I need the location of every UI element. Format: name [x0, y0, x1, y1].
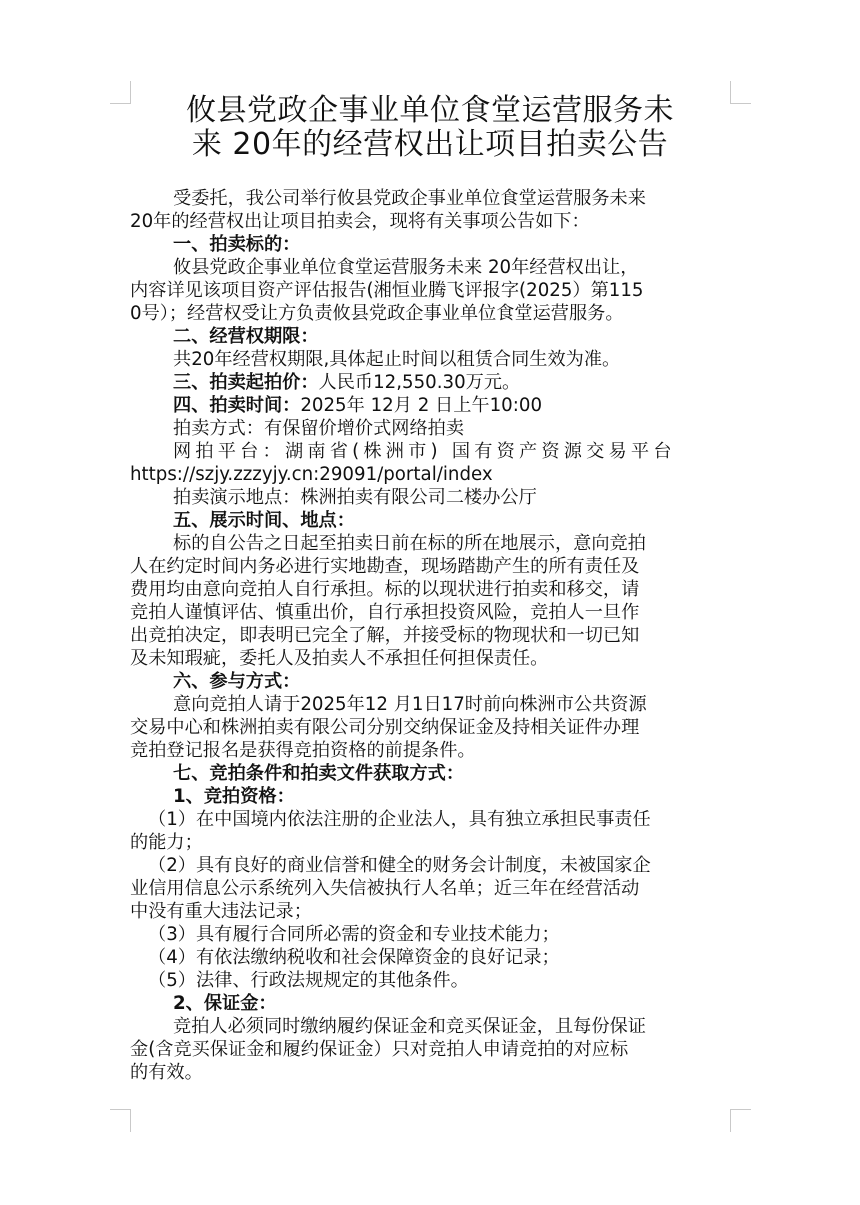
section3-heading: 三、拍卖起拍价：	[173, 372, 319, 393]
section1-line-2: 内容详见该项目资产评估报告(湘恒业腾飞评报字(2025）第115	[130, 279, 730, 302]
starting-price: 人民币12,550.30万元。	[319, 372, 521, 393]
section3-row: 三、拍卖起拍价：人民币12,550.30万元。	[130, 371, 730, 394]
deposit-line-1: 竞拍人必须同时缴纳履约保证金和竞买保证金，且每份保证	[130, 1015, 730, 1038]
section6-line-2: 交易中心和株洲拍卖有限公司分别交纳保证金及持相关证件办理	[130, 716, 730, 739]
page-corner-mark-top-right	[730, 81, 751, 104]
section5-line-5: 出竞拍决定，即表明已完全了解，并接受标的物现状和一切已知	[130, 624, 730, 647]
section4-row: 四、拍卖时间：2025年 12月 2 日上午10:00	[130, 394, 730, 417]
section7-sub1-heading: 1、竞拍资格：	[130, 785, 730, 808]
section2-line-1: 共20年经营权期限,具体起止时间以租赁合同生效为准。	[130, 348, 730, 371]
auction-platform-url[interactable]: https://szjy.zzzyjy.cn:29091/portal/inde…	[130, 463, 730, 486]
section5-line-3: 费用均由意向竞拍人自行承担。标的以现状进行拍卖和移交，请	[130, 578, 730, 601]
qualification-line-5: 中没有重大违法记录；	[130, 900, 730, 923]
section4-heading: 四、拍卖时间：	[173, 395, 300, 416]
qualification-line-3: （2）具有良好的商业信誉和健全的财务会计制度，未被国家企	[130, 854, 730, 877]
title-line-1: 攸县党政企事业单位食堂运营服务未	[130, 94, 730, 128]
qualification-line-8: （5）法律、行政法规规定的其他条件。	[130, 969, 730, 992]
section5-line-4: 竞拍人谨慎评估、慎重出价，自行承担投资风险，竞拍人一旦作	[130, 601, 730, 624]
section5-line-2: 人在约定时间内务必进行实地勘查，现场踏勘产生的所有责任及	[130, 555, 730, 578]
deposit-line-2: 金(含竞买保证金和履约保证金）只对竞拍人申请竞拍的对应标	[130, 1038, 730, 1061]
auction-method: 拍卖方式：有保留价增价式网络拍卖	[130, 417, 730, 440]
section1-line-1: 攸县党政企事业单位食堂运营服务未来 20年经营权出让，	[130, 256, 730, 279]
intro-line-2: 20年的经营权出让项目拍卖会，现将有关事项公告如下：	[130, 210, 730, 233]
auction-time: 2025年 12月 2 日上午10:00	[300, 395, 542, 416]
qualification-line-1: （1）在中国境内依法注册的企业法人，具有独立承担民事责任	[130, 808, 730, 831]
title-line-2: 来 20年的经营权出让项目拍卖公告	[130, 128, 730, 162]
intro-line-1: 受委托，我公司举行攸县党政企事业单位食堂运营服务未来	[130, 187, 730, 210]
section1-line-3: 0号）；经营权受让方负责攸县党政企事业单位食堂运营服务。	[130, 302, 730, 325]
document-body: 受委托，我公司举行攸县党政企事业单位食堂运营服务未来 20年的经营权出让项目拍卖…	[130, 187, 730, 1084]
auction-platform: 网拍平台：湖南省(株洲市) 国有资产资源交易平台	[130, 440, 730, 463]
qualification-line-7: （4）有依法缴纳税收和社会保障资金的良好记录；	[130, 946, 730, 969]
section2-heading: 二、经营权期限：	[130, 325, 730, 348]
section7-sub2-heading: 2、保证金：	[130, 992, 730, 1015]
page-corner-mark-bottom-left	[110, 1109, 131, 1132]
demo-location: 拍卖演示地点：株洲拍卖有限公司二楼办公厅	[130, 486, 730, 509]
page-corner-mark-bottom-right	[730, 1109, 751, 1132]
qualification-line-6: （3）具有履行合同所必需的资金和专业技术能力；	[130, 923, 730, 946]
section6-line-1: 意向竞拍人请于2025年12 月1日17时前向株洲市公共资源	[130, 693, 730, 716]
document-title: 攸县党政企事业单位食堂运营服务未 来 20年的经营权出让项目拍卖公告	[130, 94, 730, 162]
section5-line-6: 及未知瑕疵，委托人及拍卖人不承担任何担保责任。	[130, 647, 730, 670]
section5-heading: 五、展示时间、地点：	[130, 509, 730, 532]
section6-line-3: 竞拍登记报名是获得竞拍资格的前提条件。	[130, 739, 730, 762]
section7-heading: 七、竞拍条件和拍卖文件获取方式：	[130, 762, 730, 785]
section6-heading: 六、参与方式：	[130, 670, 730, 693]
qualification-line-4: 业信用信息公示系统列入失信被执行人名单；近三年在经营活动	[130, 877, 730, 900]
section5-line-1: 标的自公告之日起至拍卖日前在标的所在地展示，意向竞拍	[130, 532, 730, 555]
section1-heading: 一、拍卖标的：	[130, 233, 730, 256]
deposit-line-3: 的有效。	[130, 1061, 730, 1084]
qualification-line-2: 的能力；	[130, 831, 730, 854]
page-corner-mark-top-left	[110, 81, 131, 104]
